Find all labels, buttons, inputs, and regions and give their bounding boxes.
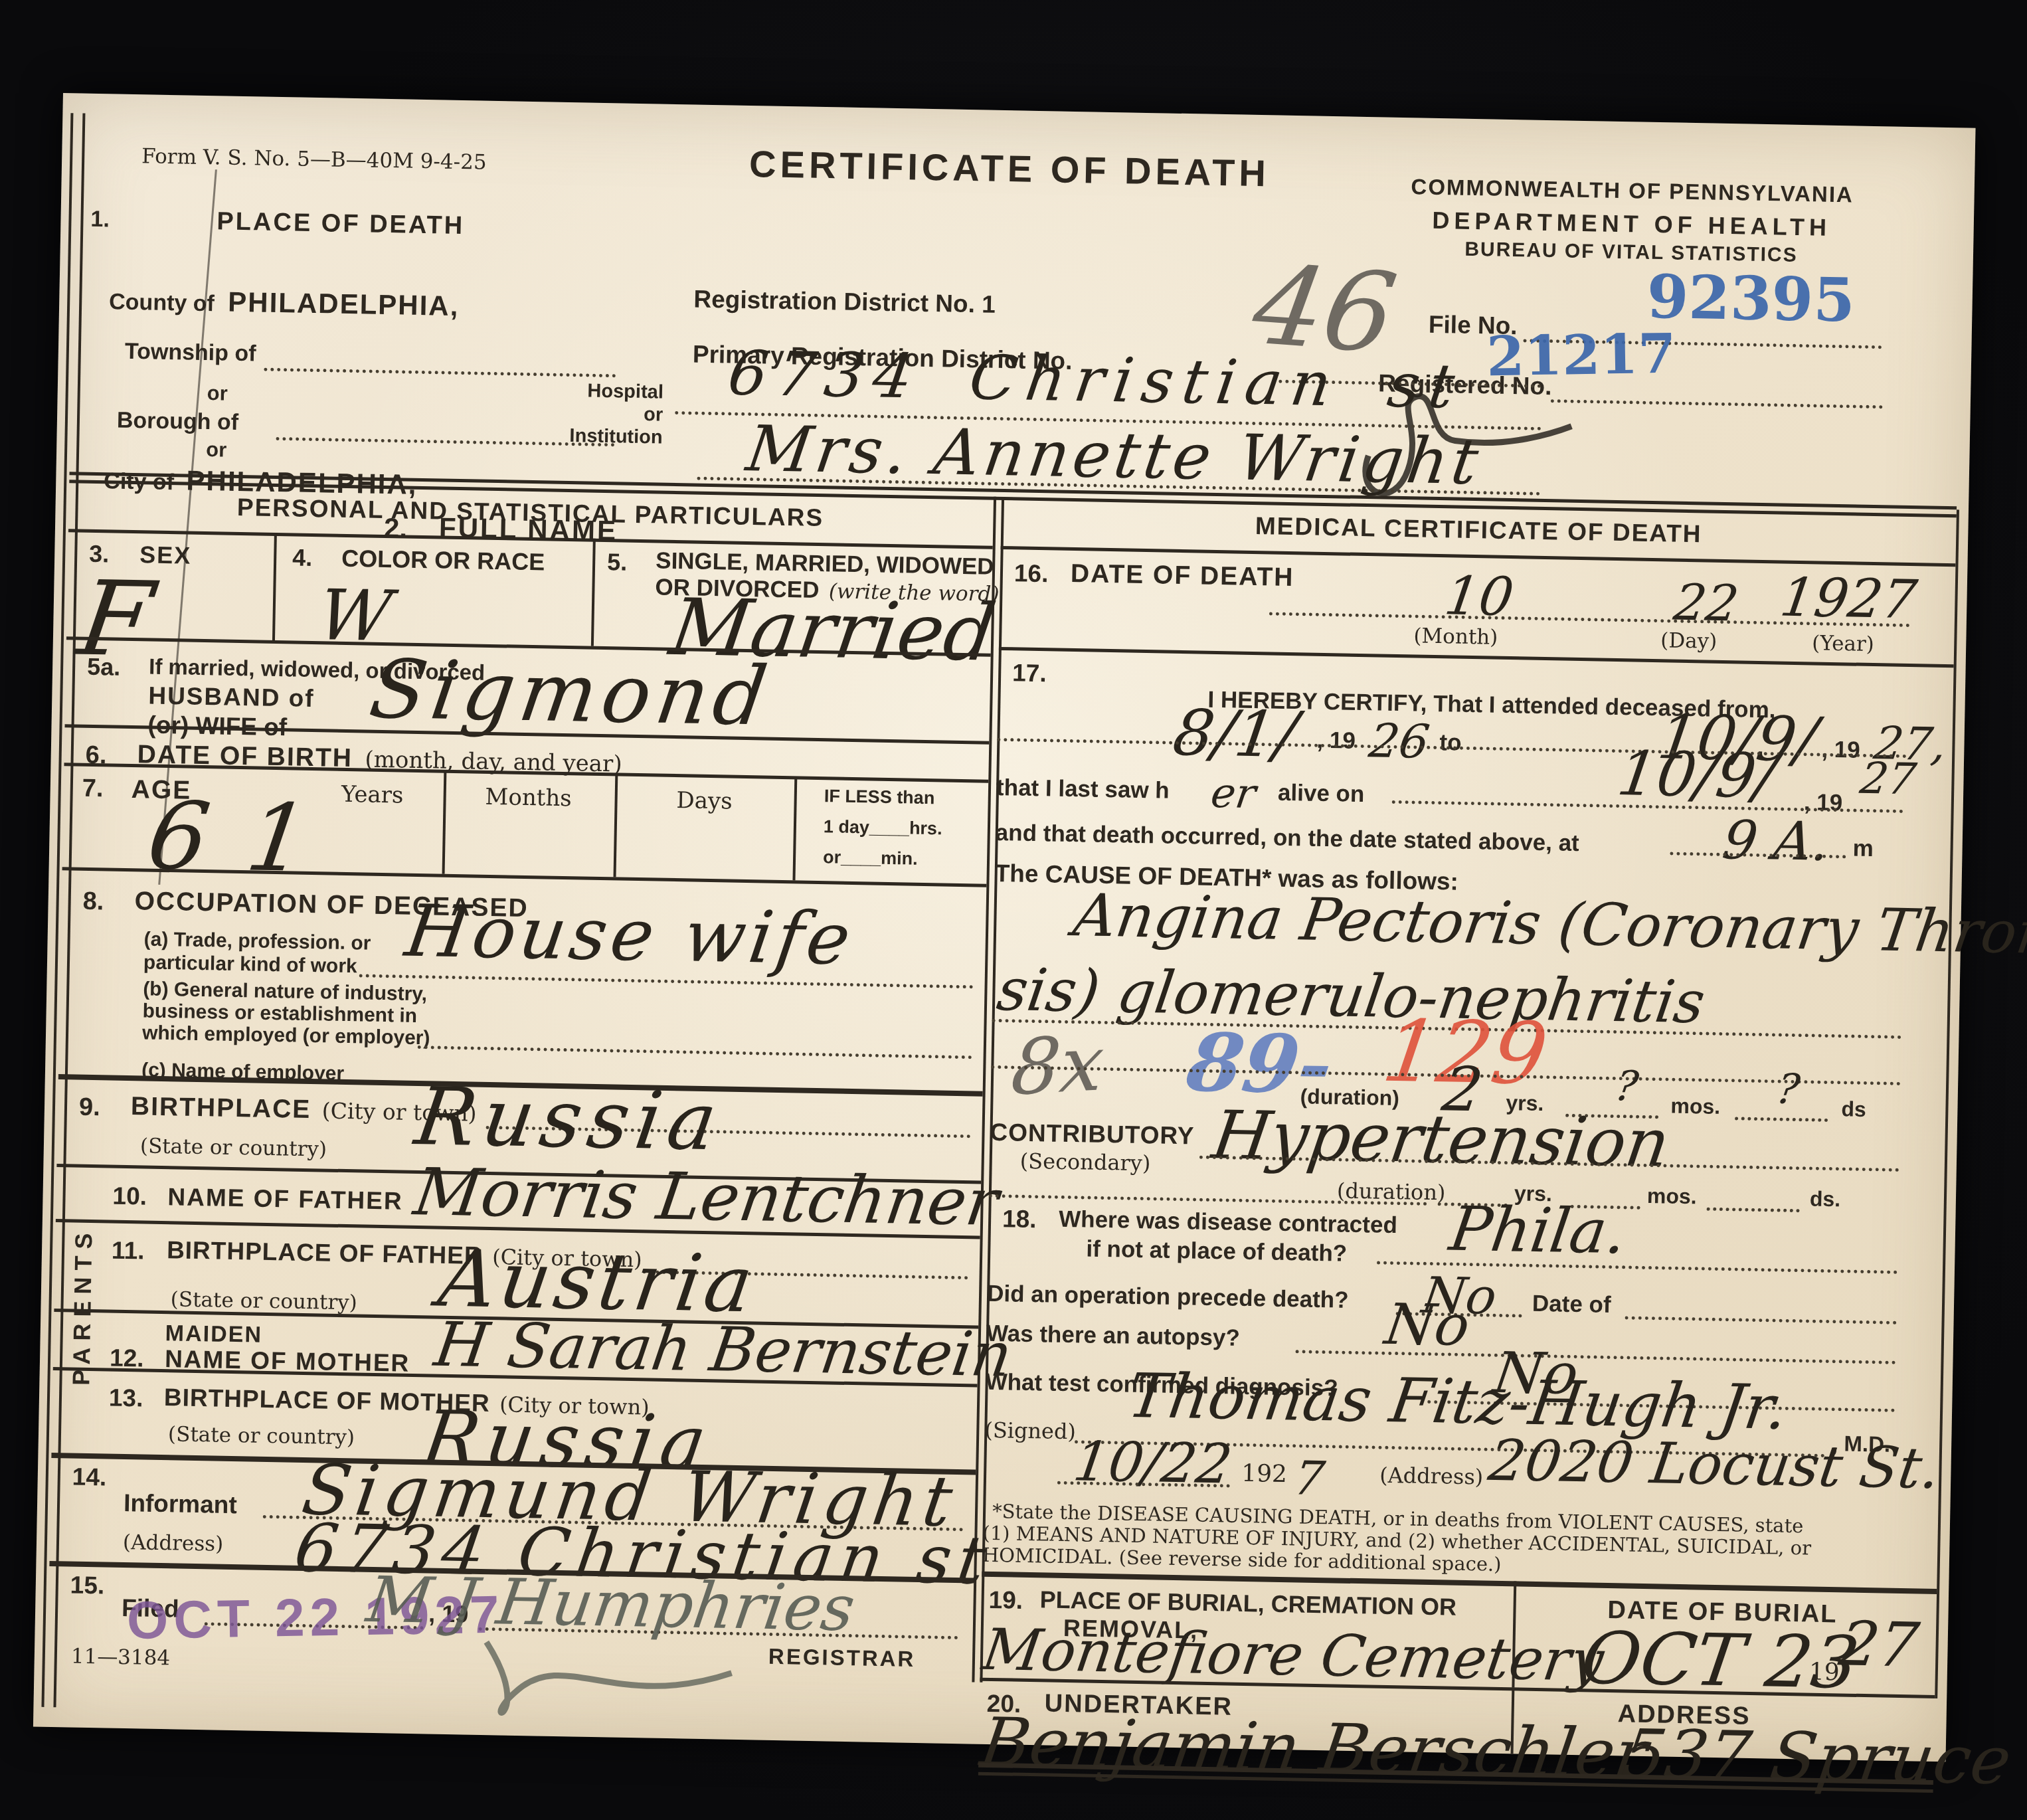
death-occurred-value: 9 A. (1719, 809, 1834, 873)
duration-months-label: mos. (1670, 1094, 1720, 1119)
filed-number: 15. (70, 1572, 104, 1600)
cause-of-death-line-1: Angina Pectoris (Coronary Thrombo- (1069, 881, 2027, 969)
sign-date-19: 192 (1241, 1460, 1287, 1488)
autopsy-answer: No (1381, 1292, 1474, 1359)
if-less-line-2: 1 day____hrs. (824, 816, 942, 839)
age-divider-3 (792, 778, 797, 880)
registrar-label: REGISTRAR (768, 1644, 916, 1672)
county-label: County of (109, 289, 215, 316)
color-label: COLOR OR RACE (341, 545, 545, 577)
date-of-burial-year: 27 (1835, 1609, 1923, 1681)
occupation-number: 8. (82, 887, 104, 917)
age-days-label: Days (618, 786, 791, 816)
informant-label: Informant (124, 1489, 237, 1519)
hospital-label-3: Institution (563, 425, 663, 449)
borough-label: Borough of (117, 408, 239, 436)
occupation-a-line-1: (a) Trade, profession. or (143, 928, 371, 955)
occupation-b-line-3: which employed (or employer) (142, 1022, 430, 1049)
last-saw-year: 27 (1857, 754, 1919, 804)
sign-date-year: 7 (1290, 1451, 1328, 1506)
registration-district-label: Registration District No. 1 (693, 285, 996, 318)
operation-question: Did an operation precede death? (987, 1281, 1349, 1314)
burial-number: 19. (988, 1586, 1023, 1615)
q18-value: Phila. (1445, 1194, 1630, 1268)
duration-days-value: ? (1774, 1065, 1803, 1113)
township-label: Township of (125, 339, 256, 367)
section1-number: 1. (90, 207, 110, 233)
township-line (264, 368, 616, 378)
color-marital-divider (591, 539, 596, 646)
father-birthplace-label: BIRTHPLACE OF FATHER (167, 1236, 483, 1269)
sex-color-divider (272, 533, 277, 640)
registered-no-line (1551, 399, 1883, 409)
physician-address-label: (Address) (1379, 1463, 1484, 1490)
form-code: 11—3184 (71, 1645, 171, 1671)
operation-date-label: Date of (1532, 1291, 1611, 1319)
age-divider-1 (442, 773, 447, 874)
duration2-ds-line (1707, 1208, 1800, 1213)
duration-days-line (1735, 1117, 1828, 1122)
rule-under-date-of-death (999, 647, 1954, 668)
age-divider-2 (614, 775, 618, 877)
last-saw-her: er (1208, 769, 1259, 818)
right-edge-line (1935, 509, 1959, 1698)
operation-date-line (1625, 1316, 1897, 1324)
age-months-label: Months (445, 783, 612, 813)
signed-value: Thomas Fitz-Hugh Jr. (1124, 1360, 1792, 1443)
birthplace-value: Russia (410, 1071, 729, 1168)
birthplace-state-note: (State or country) (140, 1134, 327, 1161)
birthplace-number: 9. (79, 1093, 100, 1123)
attended-to-19: , 19 (1821, 737, 1860, 764)
or-2: or (206, 438, 227, 462)
mother-birthplace-state-note: (State or country) (168, 1422, 355, 1449)
attended-from-year: 26 (1366, 713, 1433, 769)
commonwealth-line: COMMONWEALTH OF PENNSYLVANIA (1326, 173, 1938, 209)
informant-number: 14. (72, 1463, 106, 1492)
attended-from-19: , 19 (1316, 727, 1356, 755)
maiden-label: MAIDEN (165, 1320, 262, 1348)
hospital-label-1: Hospital (564, 380, 664, 404)
spouse-number: 5a. (87, 653, 121, 682)
color-number: 4. (292, 543, 313, 572)
contributory-value: Hypertension (1207, 1096, 1674, 1182)
year-label: (Year) (1812, 631, 1874, 656)
certify-number: 17. (1012, 659, 1047, 687)
hospital-label-2: or (563, 403, 663, 426)
spouse-value: Sigmond (365, 642, 778, 744)
father-number: 10. (112, 1182, 147, 1211)
last-saw-suffix: alive on (1278, 780, 1365, 808)
section1-title: PLACE OF DEATH (217, 207, 464, 240)
day-label: (Day) (1660, 628, 1718, 654)
duration2-mos-label: mos. (1647, 1184, 1697, 1209)
date-of-death-label: DATE OF DEATH (1071, 559, 1294, 592)
date-of-burial-19: 19 (1809, 1659, 1840, 1686)
autopsy-question: Was there an autopsy? (986, 1320, 1241, 1352)
duration-days-label: ds (1841, 1097, 1866, 1122)
father-birthplace-number: 11. (112, 1237, 145, 1265)
file-number-stamp: 92395 (1646, 262, 1856, 336)
marital-number: 5. (607, 548, 628, 577)
scanned-death-certificate: Form V. S. No. 5—B—40M 9-4-25 CERTIFICAT… (0, 0, 2027, 1820)
date-of-death-number: 16. (1014, 559, 1049, 588)
county-row: County of PHILADELPHIA, (109, 284, 460, 322)
birthplace-label: BIRTHPLACE (131, 1092, 311, 1124)
attended-to-label: to (1439, 729, 1462, 757)
last-saw-value: 10/9/ (1613, 738, 1781, 812)
physician-address-value: 2020 Locust St. (1485, 1428, 1944, 1502)
occupation-a-value: House wife (400, 890, 859, 981)
registrar-flourish (458, 1628, 739, 1733)
occupation-b-line (418, 1046, 972, 1059)
page-title: CERTIFICATE OF DEATH (749, 142, 1271, 195)
spouse-line-2: HUSBAND of (148, 682, 315, 713)
parents-vertical-label: PARENTS (67, 1226, 98, 1386)
hospital-value: 6734 Christian st (724, 338, 1468, 422)
death-occurred-m: m (1852, 836, 1874, 863)
form-number: Form V. S. No. 5—B—40M 9-4-25 (141, 144, 487, 175)
q18-line-1: Where was disease contracted (1059, 1206, 1397, 1239)
occupation-a-line-2: particular kind of work (143, 951, 357, 978)
secondary-note: (Secondary) (1019, 1148, 1150, 1176)
duration2-ds-label: ds. (1810, 1186, 1841, 1212)
father-label: NAME OF FATHER (167, 1183, 403, 1215)
date-of-death-year: 1927 (1777, 567, 1921, 631)
certificate-paper: Form V. S. No. 5—B—40M 9-4-25 CERTIFICAT… (33, 93, 1976, 1762)
contributory-label: CONTRIBUTORY (990, 1119, 1195, 1150)
attended-from-value: 8/1/ (1169, 697, 1302, 772)
mother-birthplace-number: 13. (109, 1384, 143, 1413)
last-saw-prefix: that I last saw h (996, 774, 1170, 804)
informant-address-label: (Address) (123, 1530, 224, 1556)
if-less-line-3: or____min. (823, 847, 918, 869)
q18-number: 18. (1002, 1205, 1037, 1233)
age-number: 7. (82, 774, 103, 804)
age-years-label: Years (302, 780, 442, 810)
month-label: (Month) (1413, 624, 1498, 649)
or-1: or (207, 381, 228, 406)
death-occurred-text: and that death occurred, on the date sta… (995, 820, 1579, 857)
q18-line-2: if not at place of death? (1086, 1236, 1347, 1267)
if-less-line-1: IF LESS than (824, 786, 935, 808)
signed-label: (Signed) (984, 1417, 1076, 1445)
county-value: PHILADELPHIA, (228, 286, 460, 321)
